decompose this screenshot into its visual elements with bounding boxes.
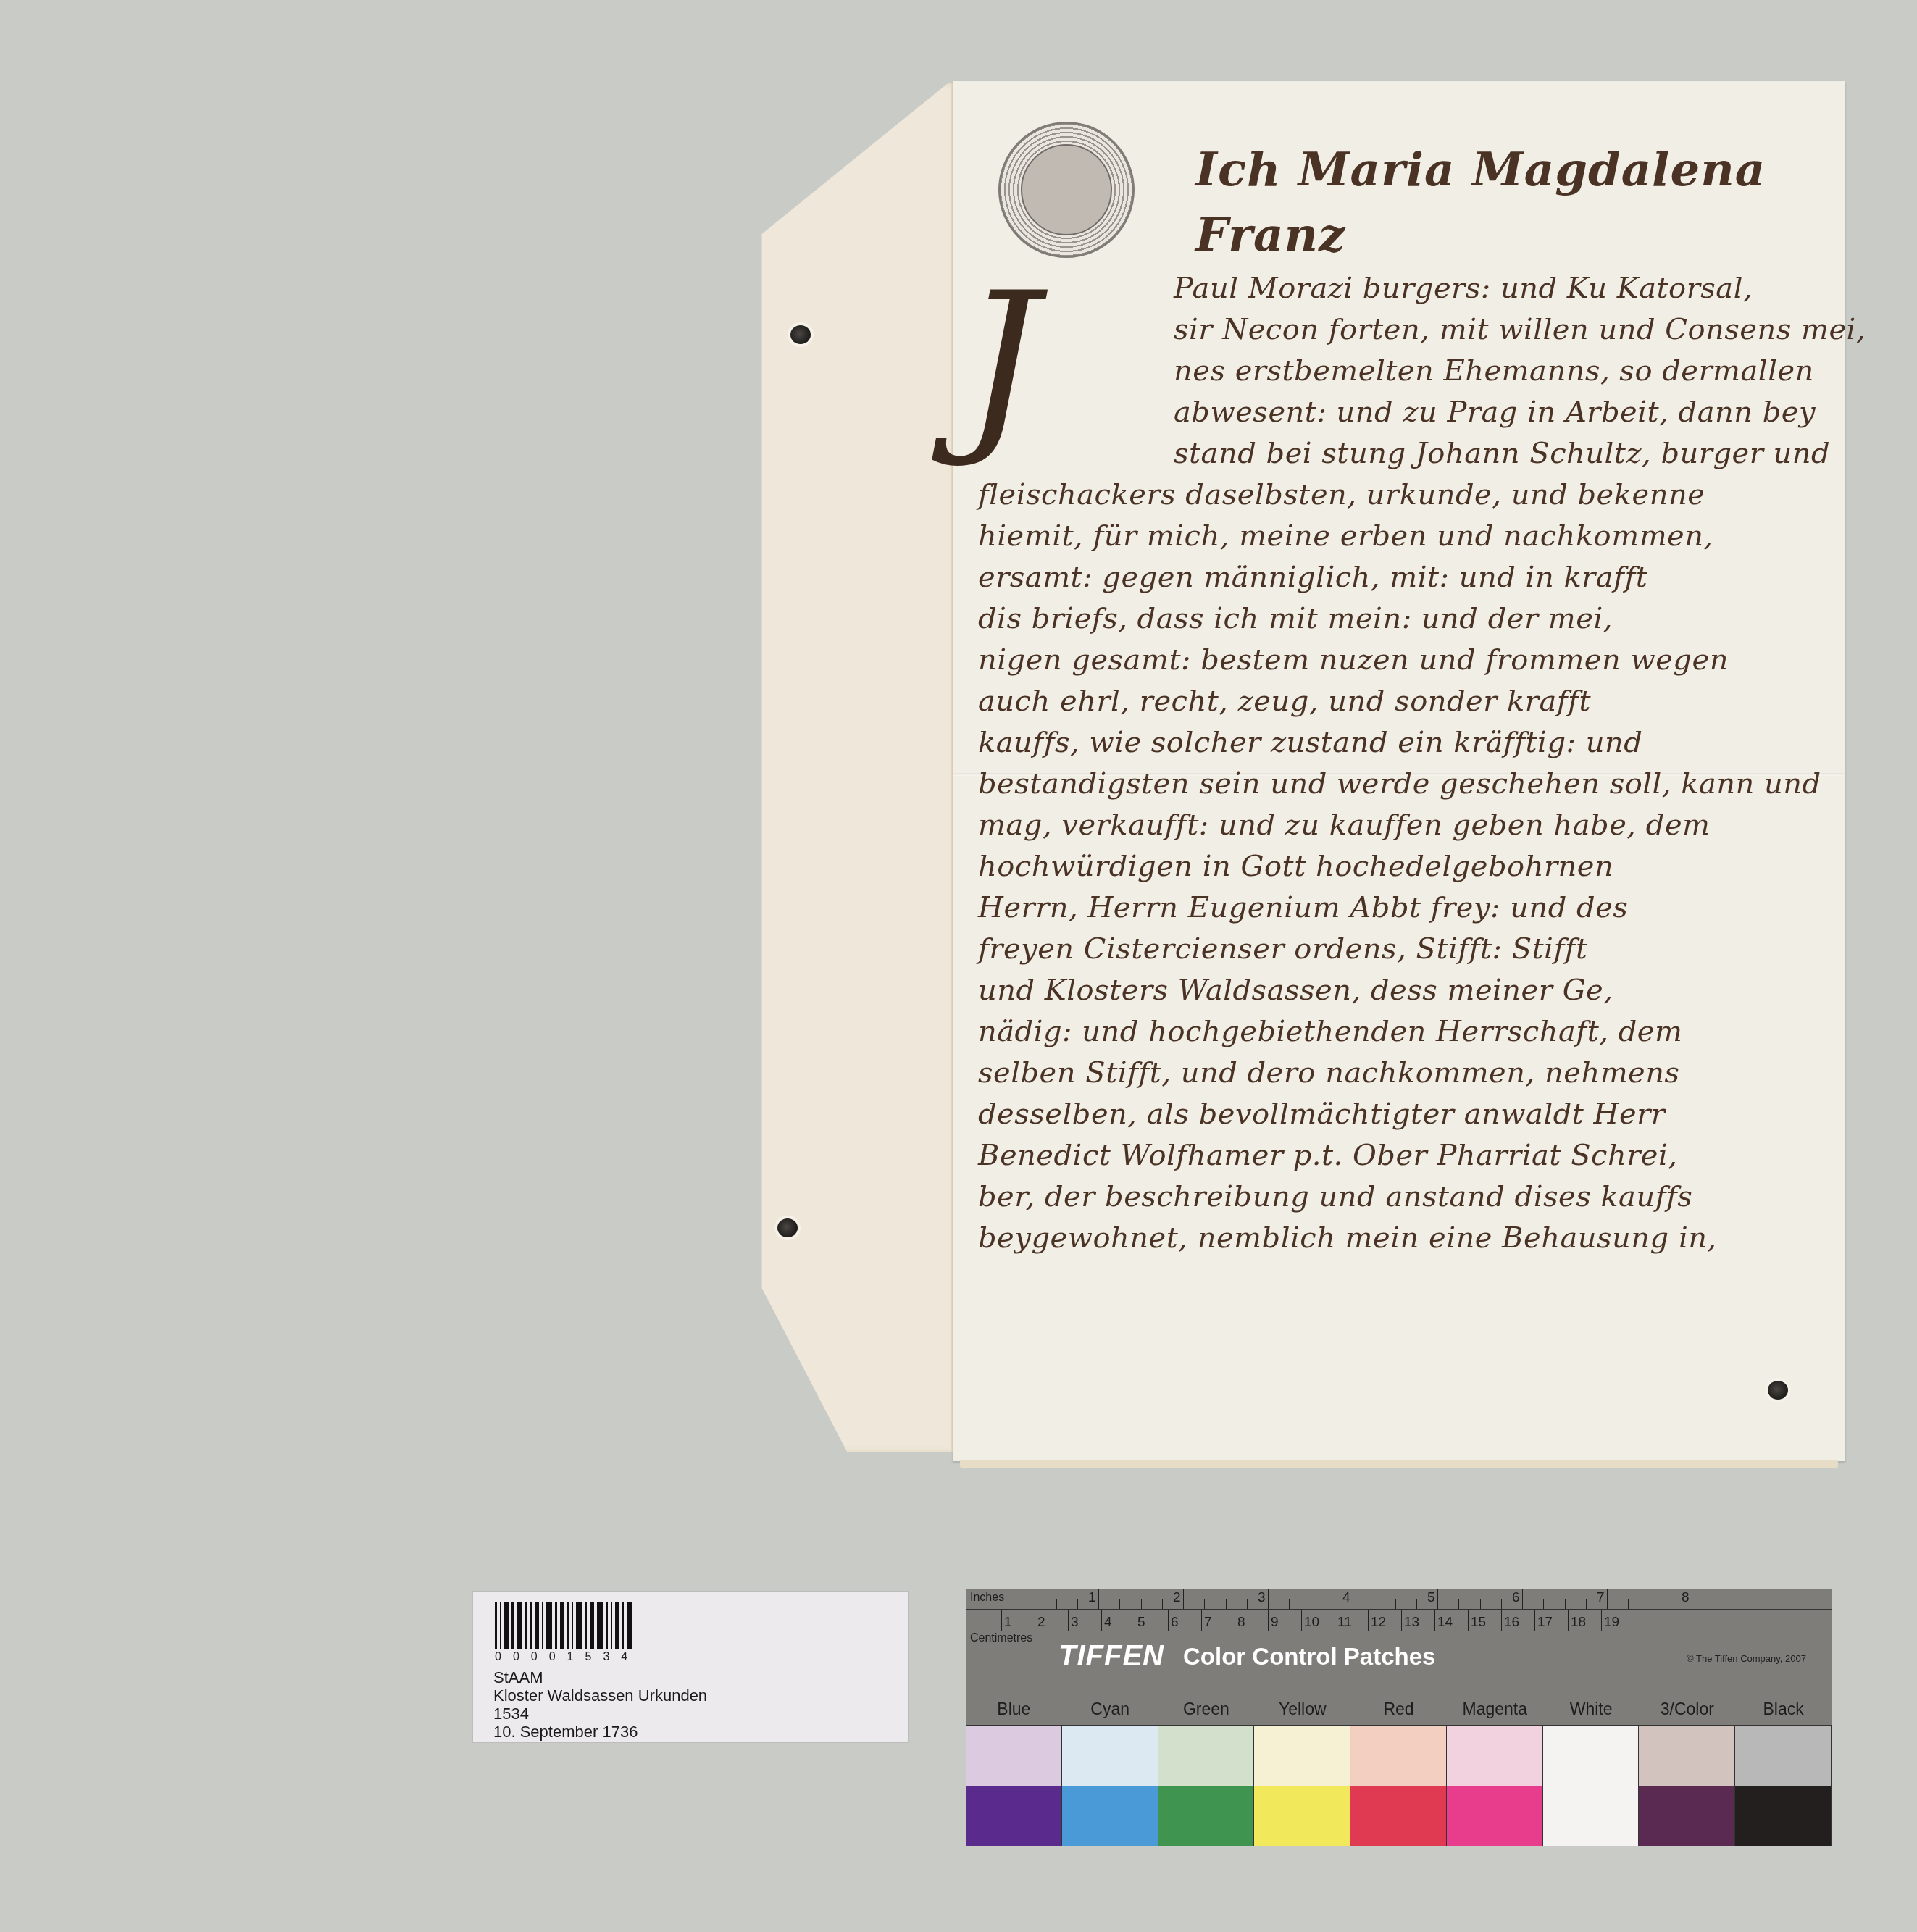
label-collection: Kloster Waldsassen Urkunden [493,1686,707,1705]
manuscript-line: hochwürdigen in Gott hochedelgebohrnen [978,846,1833,887]
folded-flap [745,83,958,1452]
cm-tick-label: 11 [1337,1615,1352,1631]
manuscript-line: selben Stifft, und dero nachkommen, nehm… [978,1053,1833,1094]
inches-label: Inches [970,1592,1004,1605]
manuscript-line: fleischackers daselbsten, urkunde, und b… [978,474,1833,516]
ruler: Inches Centimetres TIFFEN Color Control … [966,1589,1832,1696]
cm-tick-label: 12 [1371,1615,1386,1631]
manuscript-line: kauffs, wie solcher zustand ein kräfftig… [978,722,1833,764]
patch-label: Red [1350,1696,1447,1726]
manuscript-line: Benedict Wolfhamer p.t. Ober Pharriat Sc… [978,1135,1833,1176]
manuscript-line: bestandigsten sein und werde geschehen s… [978,764,1833,805]
barcode [495,1602,635,1649]
patch-label: Green [1158,1696,1255,1726]
cm-tick-label: 2 [1037,1615,1045,1631]
patch-blue [966,1726,1062,1846]
patch-label: 3/Color [1639,1696,1735,1726]
inch-tick-label: 7 [1597,1590,1605,1606]
inch-tick-label: 6 [1512,1590,1520,1606]
cm-tick-label: 14 [1437,1615,1453,1631]
inch-tick-label: 5 [1427,1590,1435,1606]
label-archive: StAAM [493,1668,707,1686]
cm-tick-label: 19 [1604,1615,1619,1631]
manuscript-line: Paul Morazi burgers: und Ku Katorsal, [1174,268,1833,309]
cm-tick-label: 17 [1537,1615,1553,1631]
patch-magenta [1447,1726,1543,1846]
punch-hole [1768,1381,1788,1400]
patch-yellow [1254,1726,1350,1846]
cm-tick-label: 1 [1004,1615,1012,1631]
manuscript-line: nigen gesamt: bestem nuzen und frommen w… [978,640,1833,681]
cm-tick-label: 6 [1171,1615,1179,1631]
cm-tick-label: 8 [1237,1615,1245,1631]
patch-cyan [1062,1726,1158,1846]
inch-tick-label: 4 [1342,1590,1350,1606]
color-patches [966,1725,1832,1846]
manuscript-line: sir Necon forten, mit willen und Consens… [1174,309,1833,351]
manuscript-line: beygewohnet, nemblich mein eine Behausun… [978,1218,1833,1259]
cm-tick-label: 16 [1504,1615,1519,1631]
manuscript-text: Ich Maria Magdalena Franz Paul Morazi bu… [978,138,1833,1259]
manuscript-heading: Ich Maria Magdalena Franz [1195,138,1833,268]
cm-tick-label: 3 [1071,1615,1079,1631]
manuscript-line: desselben, als bevollmächtigter anwaldt … [978,1094,1833,1135]
manuscript-line: nädig: und hochgebiethenden Herrschaft, … [978,1011,1833,1053]
cm-tick-label: 15 [1471,1615,1486,1631]
cm-tick-label: 18 [1571,1615,1586,1631]
patch-green [1158,1726,1255,1846]
manuscript-line: mag, verkaufft: und zu kauffen geben hab… [978,805,1833,846]
patch-black [1735,1726,1832,1846]
patch-label: Black [1735,1696,1832,1726]
label-date: 10. September 1736 [493,1723,707,1741]
cm-tick-label: 13 [1404,1615,1419,1631]
manuscript-line: und Klosters Waldsassen, dess meiner Ge, [978,970,1833,1011]
color-control-chart: Inches Centimetres TIFFEN Color Control … [966,1589,1832,1844]
archive-label: 00001534 StAAM Kloster Waldsassen Urkund… [472,1591,909,1743]
tiffen-logo: TIFFEN [1058,1640,1164,1673]
cm-tick-label: 7 [1204,1615,1212,1631]
cm-tick-label: 10 [1304,1615,1319,1631]
barcode-number: 00001534 [495,1651,639,1664]
patch-label: Cyan [1062,1696,1158,1726]
cm-tick-label: 4 [1104,1615,1112,1631]
manuscript-line: dis briefs, dass ich mit mein: und der m… [978,598,1833,640]
centimetres-label: Centimetres [970,1632,1032,1645]
inch-tick-label: 8 [1682,1590,1690,1606]
patch-label: White [1543,1696,1640,1726]
patch-labels: BlueCyanGreenYellowRedMagentaWhite3/Colo… [966,1696,1832,1726]
chart-copyright: © The Tiffen Company, 2007 [1687,1653,1806,1664]
punch-hole [790,325,811,344]
manuscript-line: nes erstbemelten Ehemanns, so dermallen [1174,351,1833,392]
manuscript-line: auch ehrl, recht, zeug, und sonder kraff… [978,681,1833,722]
manuscript-line: hiemit, für mich, meine erben und nachko… [978,516,1833,557]
patch-red [1350,1726,1447,1846]
manuscript-line: Herrn, Herrn Eugenium Abbt frey: und des [978,887,1833,929]
patch-3-color [1639,1726,1735,1846]
manuscript-line: freyen Cistercienser ordens, Stifft: Sti… [978,929,1833,970]
manuscript-line: ber, der beschreibung und anstand dises … [978,1176,1833,1218]
patch-label: Blue [966,1696,1062,1726]
patch-white [1543,1726,1640,1846]
inch-tick-label: 2 [1173,1590,1181,1606]
cm-tick-label: 9 [1271,1615,1279,1631]
inch-tick-label: 1 [1088,1590,1096,1606]
patch-label: Magenta [1447,1696,1543,1726]
cm-tick-label: 5 [1137,1615,1145,1631]
chart-title: Color Control Patches [1183,1643,1435,1670]
punch-hole [777,1218,798,1237]
inch-tick-label: 3 [1258,1590,1266,1606]
manuscript-line: stand bei stung Johann Schultz, burger u… [1174,433,1833,474]
label-number: 1534 [493,1705,707,1723]
manuscript-line: ersamt: gegen männiglich, mit: und in kr… [978,557,1833,598]
manuscript-line: abwesent: und zu Prag in Arbeit, dann be… [1174,392,1833,433]
patch-label: Yellow [1254,1696,1350,1726]
